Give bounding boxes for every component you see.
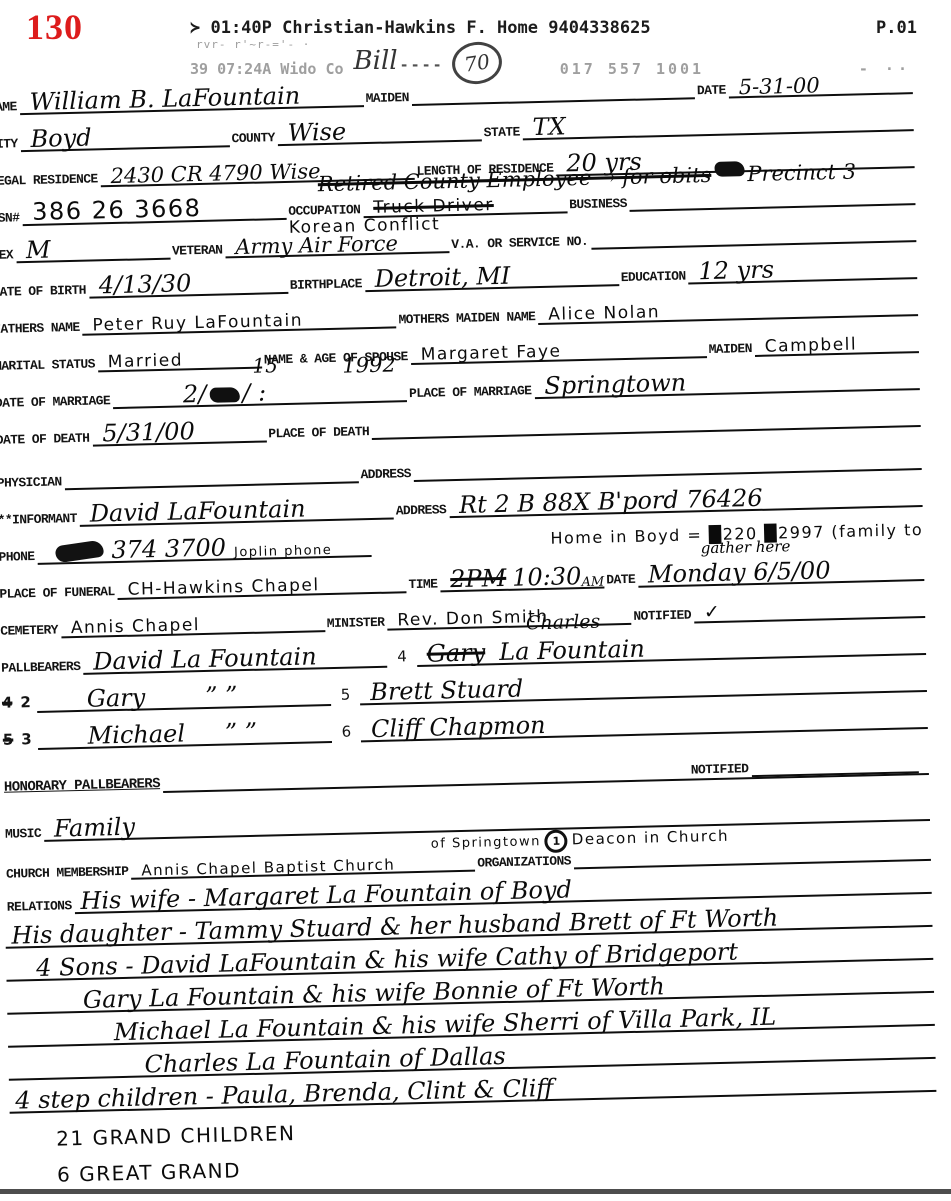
phone-area-scribble xyxy=(54,540,104,564)
spouse-maiden-label: MAIDEN xyxy=(706,341,755,358)
state-value: TX xyxy=(532,112,566,141)
ssn-label: SSN# xyxy=(0,210,23,227)
sex-label: SEX xyxy=(0,247,16,264)
dod-label: DATE OF DEATH xyxy=(0,431,93,449)
dob-value: 4/13/30 xyxy=(98,269,191,299)
ink-blob xyxy=(714,161,744,177)
funeral-time-label: TIME xyxy=(406,576,440,593)
ssn-value: 386 26 3668 xyxy=(32,194,202,226)
pallbearer-4-number: 4 xyxy=(387,647,417,668)
church-springtown-note: of Springtown xyxy=(431,834,541,852)
death-place-label: PLACE OF DEATH xyxy=(266,424,372,442)
date-label: DATE xyxy=(695,82,729,99)
page-number-stamp: 130 xyxy=(26,6,83,48)
funeral-time-field: 2PM10:30AM xyxy=(440,559,605,593)
physician-address-label: ADDRESS xyxy=(358,466,414,483)
pallbearer-2-ditto: ” ” xyxy=(205,681,238,710)
notified-label: NOTIFIED xyxy=(631,607,694,624)
city-label: CITY xyxy=(0,136,21,153)
birthplace-label: BIRTHPLACE xyxy=(288,276,365,294)
sex-value: M xyxy=(26,236,51,265)
fax-header-line: ≻ 01:40P Christian-Hawkins F. Home 94043… xyxy=(190,18,651,38)
deacon-note: Deacon in Church xyxy=(572,827,730,849)
scan-bottom-bar xyxy=(0,1189,951,1194)
marriage-slash: / : xyxy=(242,378,266,407)
phone-label: PHONE xyxy=(0,549,38,566)
marriage-day-over: 15 xyxy=(252,353,278,378)
minister-label: MINISTER xyxy=(325,615,388,632)
funeral-time-struck: 2PM xyxy=(450,564,507,593)
notified-checkmark: ✓ xyxy=(704,601,720,623)
phone-value: 374 3700 xyxy=(111,533,226,564)
name-label: NAME xyxy=(0,99,20,116)
fax-page-number: P.01 xyxy=(876,18,917,38)
pallbearer-2-number: 2 xyxy=(18,693,37,713)
spouse-maiden-value: Campbell xyxy=(765,335,858,357)
education-value: 12 yrs xyxy=(698,255,774,285)
pallbearer-row2-struck-number: 4 xyxy=(0,693,19,713)
pallbearer-2-name: Gary xyxy=(86,683,145,712)
state-label: STATE xyxy=(482,124,523,141)
relations-label: RELATIONS xyxy=(5,898,75,916)
city-value: Boyd xyxy=(30,124,92,153)
church-membership-label: CHURCH MEMBERSHIP xyxy=(4,864,132,883)
pallbearer-4-over: Charles xyxy=(526,611,601,635)
scanned-funeral-form: 130 ≻ 01:40P Christian-Hawkins F. Home 9… xyxy=(0,0,951,1201)
education-label: EDUCATION xyxy=(619,268,689,286)
funeral-time-value: 10:30 xyxy=(512,562,582,592)
physician-label: PHYSICIAN xyxy=(0,474,65,492)
veteran-label: VETERAN xyxy=(170,242,226,259)
music-label: MUSIC xyxy=(3,826,44,843)
organizations-label: ORGANIZATIONS xyxy=(475,853,574,871)
marital-status-value: Married xyxy=(108,350,184,372)
dob-field: 4/13/30 xyxy=(88,264,288,299)
pallbearer-4-struck: Gary xyxy=(426,638,485,667)
sex-field: M xyxy=(16,230,171,264)
pallbearer-3-name: Michael xyxy=(87,719,185,749)
music-value: Family xyxy=(54,813,136,843)
greatgrand-note: 6 GREAT GRAND xyxy=(57,1158,241,1186)
form-body: NAME William B. LaFountain MAIDEN DATE 5… xyxy=(0,57,938,1186)
marriage-day-blot xyxy=(209,387,239,403)
korean-note-value: Korean Conflict xyxy=(289,214,441,238)
occ-note-plain: Precinct 3 xyxy=(747,160,856,187)
dod-field: 5/31/00 xyxy=(92,412,267,446)
pallbearer-5-number: 5 xyxy=(331,685,361,706)
dod-value: 5/31/00 xyxy=(102,417,195,447)
informant-address-label: ADDRESS xyxy=(394,502,450,519)
cemetery-label: CEMETERY xyxy=(0,622,61,639)
mothers-maiden-value: Alice Nolan xyxy=(548,302,660,325)
pallbearer-3-number: 3 xyxy=(19,730,38,750)
pallbearer-row3-struck-number: 5 xyxy=(1,730,20,750)
county-label: COUNTY xyxy=(229,130,278,147)
marriage-year: 1992 xyxy=(342,352,396,377)
pallbearer-6-number: 6 xyxy=(331,722,361,743)
pallbearer-3-ditto: ” ” xyxy=(225,718,258,747)
notified-secondary-label: NOTIFIED xyxy=(689,761,752,778)
funeral-date-label: DATE xyxy=(604,572,638,589)
circled-one-icon: 1 xyxy=(545,829,569,853)
county-field: Wise xyxy=(277,111,482,146)
date-value: 5-31-00 xyxy=(738,73,820,99)
city-field: Boyd xyxy=(20,117,230,152)
county-value: Wise xyxy=(287,118,346,147)
marriage-month: 2/ xyxy=(183,380,207,409)
fax-header: ≻ 01:40P Christian-Hawkins F. Home 94043… xyxy=(190,18,917,38)
business-label: BUSINESS xyxy=(567,196,630,213)
maiden-label: MAIDEN xyxy=(363,90,412,107)
